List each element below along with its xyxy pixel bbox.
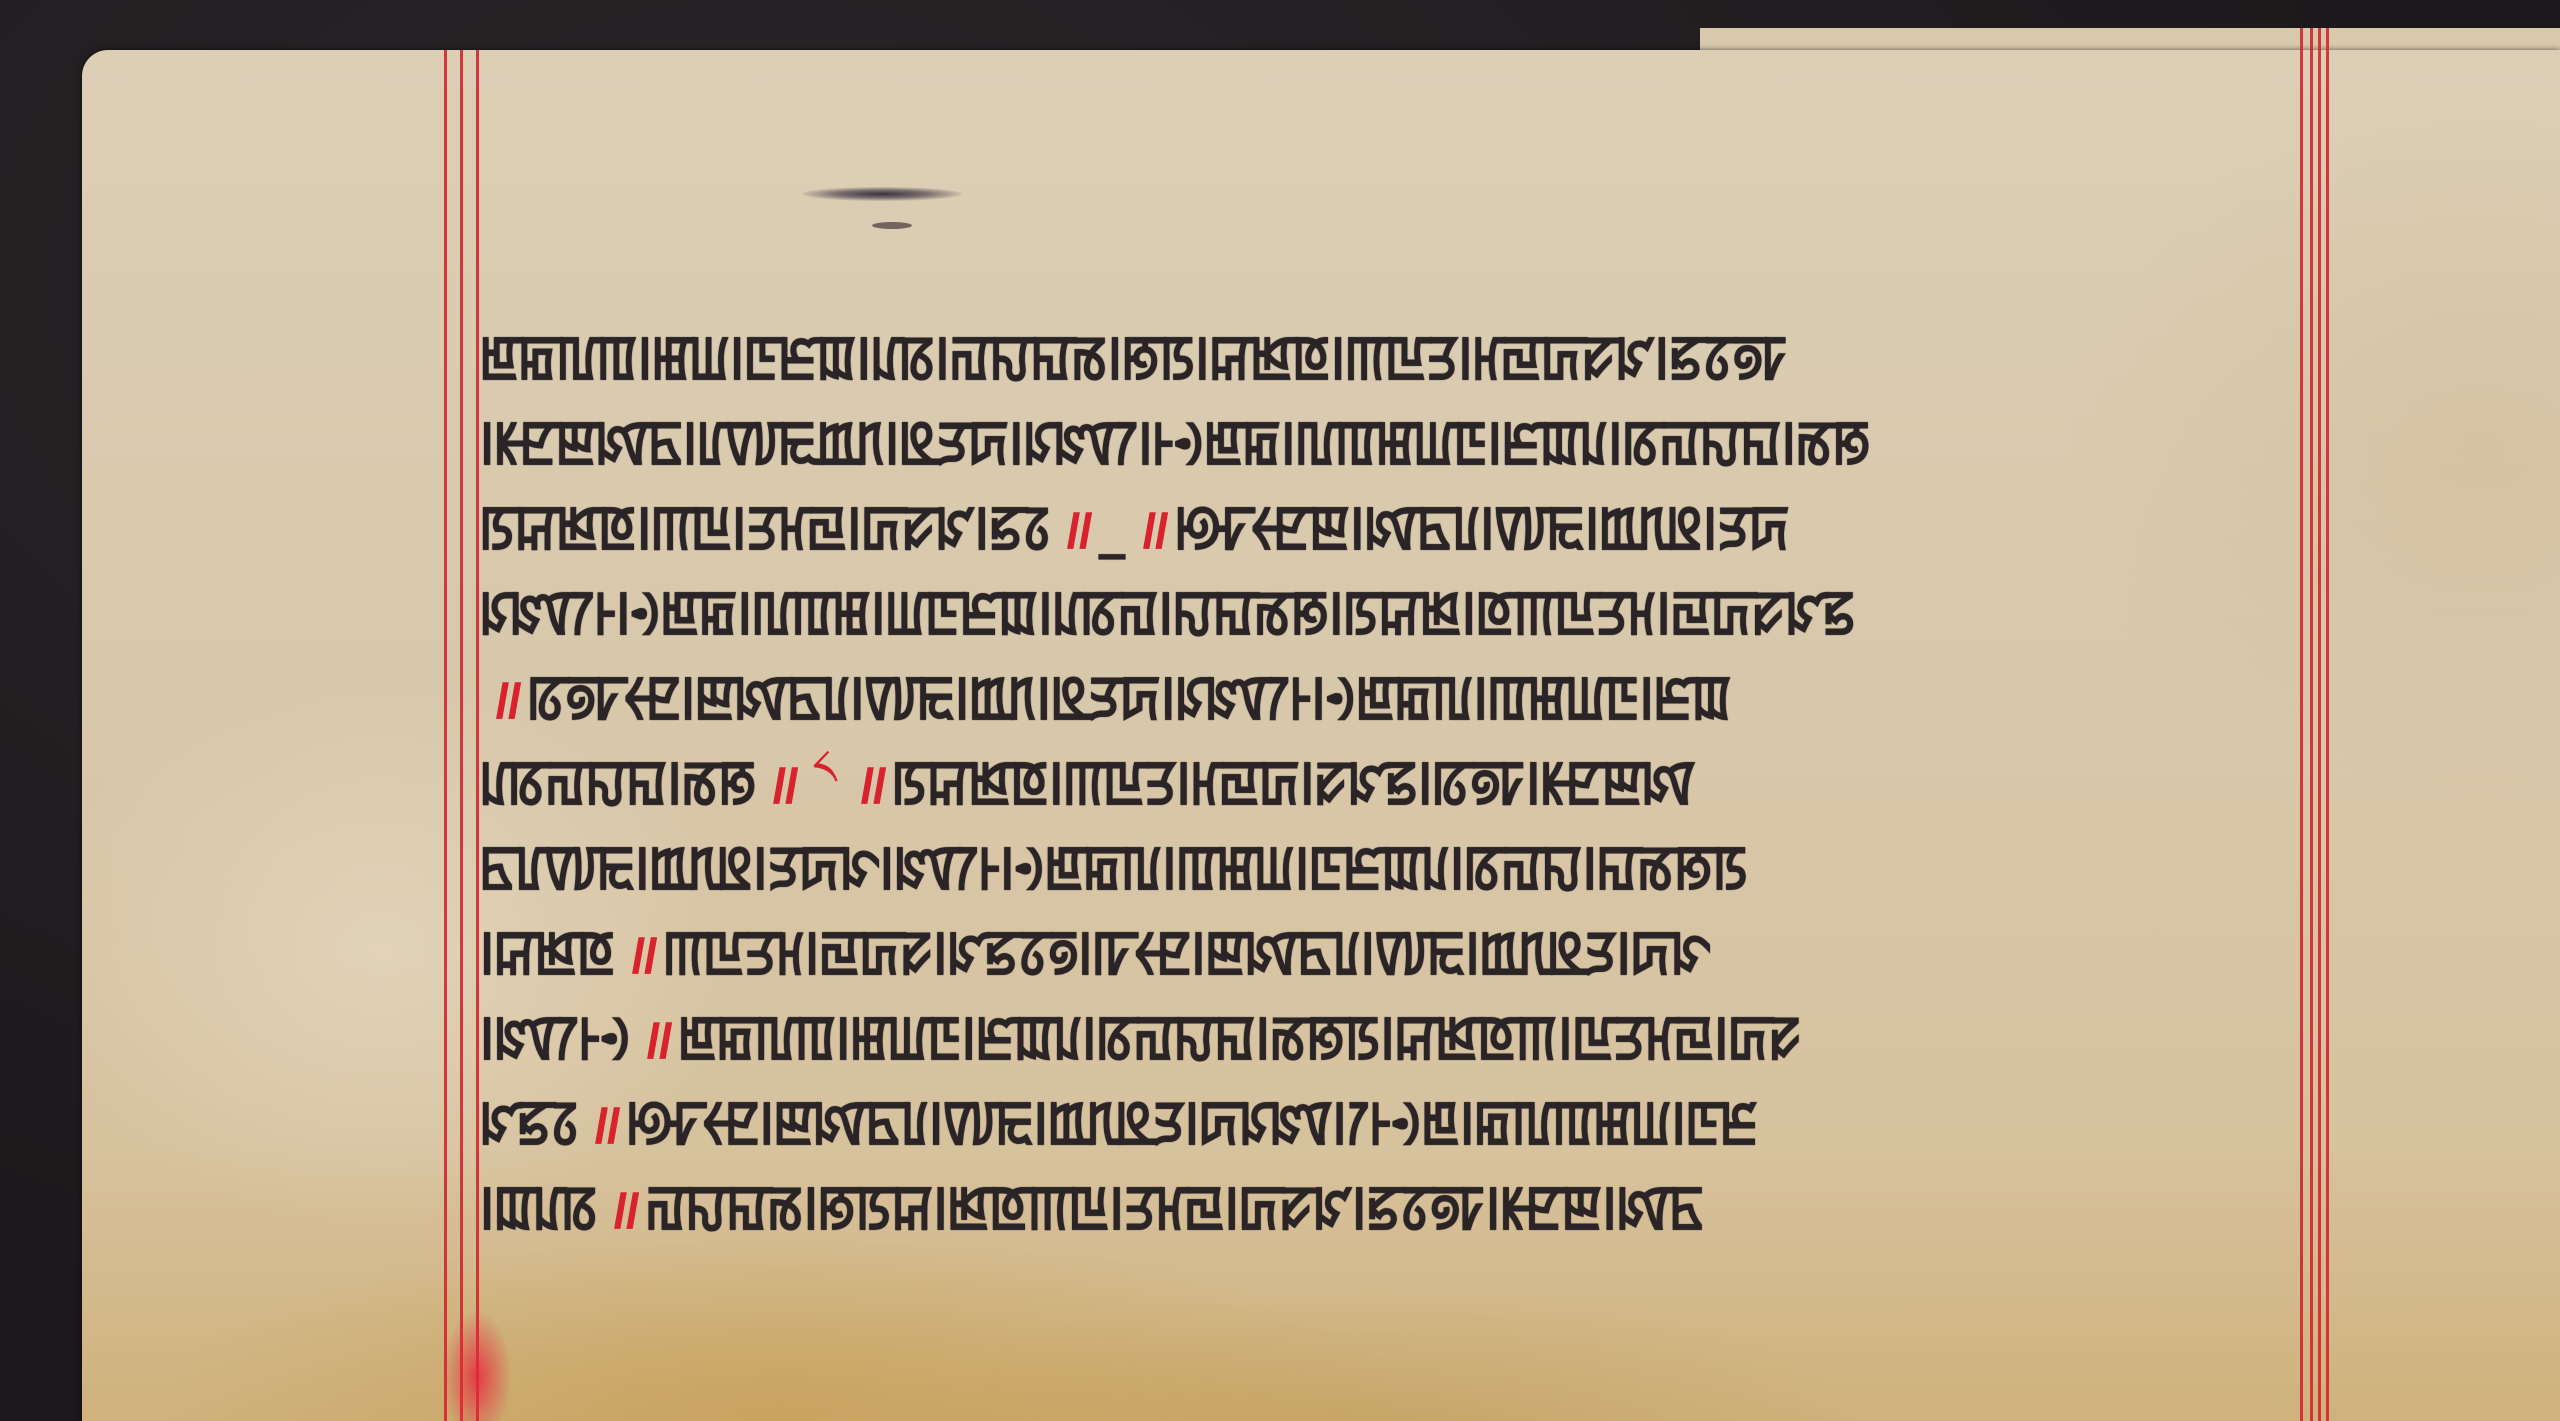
ink-text: ꡊꡋꡌꡍꡎ꡶ꡏꡐ [480,737,757,826]
text-line: ꡜꡝꡞ॥ꡟꡠꡡꡢ꡶ꡣꡤꡥꡦ꡶ꡧꡨꡩ꡶ꡪꡫꡬꡭ꡶ꡮꡯꡰ꡶ꡱꡲꡳꡁ꡶ꡂꡃꡄꡅꡆ꡶ꡇꡈ [480,1079,2380,1164]
red-double-danda: ॥ [634,999,675,1075]
red-double-danda: ॥ [760,744,801,820]
manuscript-folio: ꡁꡂꡃꡄ꡶ꡅꡆ꡶ꡇꡈꡉ꡶ꡊꡋ꡶ꡌꡍꡎꡏ꡶ꡐꡑ꡶ꡒꡓꡔ꡶ꡕꡖꡗ꡶ꡘꡙꡚꡛꡜ꡶ꡝꡞꡟ… [82,50,2560,1421]
ink-text: ꡌꡍꡎꡏ꡶ꡐꡑꡒ꡶ꡓꡔꡕꡖ꡶ꡗꡘꡙ꡶ꡚꡛꡜ꡶ꡝꡞꡟꡠ꡶ꡡꡢꡣ꡶ꡤꡥ [646,1162,1704,1251]
red-double-danda: ॥ [582,1084,623,1160]
ink-text: ꡁꡂꡃꡄ꡶ꡅꡆ꡶ꡇꡈꡉ꡶ꡊꡋ꡶ꡌꡍꡎꡏ꡶ꡐꡑ꡶ꡒꡓꡔ꡶ꡕꡖꡗ꡶ꡘꡙꡚꡛꡜ꡶ꡝꡞꡟ… [480,312,1789,401]
ink-text: ꡶ꡡꡢꡣꡤꡥ꡶ꡦꡧꡨꡩꡪꡫ꡶ꡬꡭꡮ꡶ꡯꡰꡱ꡶ꡲꡳꡁꡂ꡶ꡃꡄꡅꡆꡇ꡶ꡈꡉꡊ꡶ꡋꡌꡍ… [480,397,1871,486]
red-double-danda: ॥ [601,1169,642,1245]
text-line: ꡶ꡰꡱꡲꡳ॥ꡁꡂꡃꡄ꡶ꡅꡆꡇ꡶ꡈꡉꡊ꡶ꡋꡌꡍꡎ꡶ꡏꡐꡑ꡶ꡒꡓꡔꡕ꡶ꡖꡗꡘꡙ꡶ꡚꡛ [480,994,2380,1079]
red-ink-bleed [442,1310,512,1421]
ink-text: ꡜꡝꡞ [480,1077,579,1166]
ink-smudge [802,187,962,201]
text-line: ꡊꡋꡌꡍꡎ꡶ꡏꡐ॥༨॥ꡑꡒꡓꡔ꡶ꡕꡖꡗ꡶ꡘꡙꡚ꡶ꡛꡜꡝ꡶ꡞꡟꡠ꡶ꡡꡢꡣꡤ [480,739,2380,824]
ink-text: ꡥꡦꡧꡨꡩ꡶ꡪꡫꡬ꡶ꡭꡮꡯ꡶ꡰꡱꡲ꡶ꡳꡁꡂꡃ꡶ꡄꡅꡆ꡶ꡇꡈꡉꡊ꡶ꡋꡌꡍ꡶ꡎꡏꡐꡑ [480,822,1748,911]
text-line: ꡁꡂꡃꡄ꡶ꡅꡆ꡶ꡇꡈꡉ꡶ꡊꡋ꡶ꡌꡍꡎꡏ꡶ꡐꡑ꡶ꡒꡓꡔ꡶ꡕꡖꡗ꡶ꡘꡙꡚꡛꡜ꡶ꡝꡞꡟ… [480,314,2380,399]
red-double-danda: ॥ [1054,489,1095,565]
text-line: ꡶ꡉꡊꡋ॥ꡌꡍꡎꡏ꡶ꡐꡑꡒ꡶ꡓꡔꡕꡖ꡶ꡗꡘꡙ꡶ꡚꡛꡜ꡶ꡝꡞꡟꡠ꡶ꡡꡢꡣ꡶ꡤꡥ [480,1164,2380,1249]
ink-text: ꡯꡰꡱꡲ꡶ꡳꡁꡂ꡶ꡃꡄꡅ꡶ꡆꡇꡈꡉ꡶ꡊꡋꡌ꡶ꡍꡎꡏꡐ꡶ꡑꡒꡓ꡶ꡔꡕꡖꡗꡘ꡶ꡙꡚꡛ… [480,567,1856,656]
ink-text: ꡁꡂꡃꡄ꡶ꡅꡆꡇ꡶ꡈꡉꡊ꡶ꡋꡌꡍꡎ꡶ꡏꡐꡑ꡶ꡒꡓꡔꡕ꡶ꡖꡗꡘꡙ꡶ꡚꡛ [678,992,1801,1081]
text-line: ꡯꡰꡱꡲ꡶ꡳꡁꡂ꡶ꡃꡄꡅ꡶ꡆꡇꡈꡉ꡶ꡊꡋꡌ꡶ꡍꡎꡏꡐ꡶ꡑꡒꡓ꡶ꡔꡕꡖꡗꡘ꡶ꡙꡚꡛ… [480,569,2380,654]
ink-text: ꡞꡟꡠꡡꡢ꡶ꡣꡤꡥꡦ꡶ꡧꡨꡩ꡶ꡪꡫ꡶ꡬꡭꡮ꡶ꡯꡰꡱꡲ꡶ꡳꡁꡂꡃ꡶ꡄꡅꡆꡇ꡶ꡈꡉ [528,652,1732,741]
red-double-danda: ॥ [848,744,889,820]
ink-smudge [872,222,912,229]
ink-text: ꡶ꡰꡱꡲꡳ [480,992,631,1081]
ink-text: ꡑꡒꡓꡔ꡶ꡕꡖꡗ꡶ꡘꡙꡚ꡶ꡛꡜꡝ꡶ꡞꡟꡠ꡶ꡡꡢꡣꡤ [892,737,1696,826]
text-line: ꡥꡦꡧꡨꡩ꡶ꡪꡫꡬ꡶ꡭꡮꡯ꡶ꡰꡱꡲ꡶ꡳꡁꡂꡃ꡶ꡄꡅꡆ꡶ꡇꡈꡉꡊ꡶ꡋꡌꡍ꡶ꡎꡏꡐꡑ [480,824,2380,909]
text-line: ꡶ꡒꡓꡔ॥ꡕꡖꡗꡘ꡶ꡙꡚꡛ꡶ꡜꡝꡞꡟ꡶ꡠꡡꡢ꡶ꡣꡤꡥꡦ꡶ꡧꡨꡩ꡶ꡪꡫꡬꡭ꡶ꡮꡯ [480,909,2380,994]
text-line: ॥ꡞꡟꡠꡡꡢ꡶ꡣꡤꡥꡦ꡶ꡧꡨꡩ꡶ꡪꡫ꡶ꡬꡭꡮ꡶ꡯꡰꡱꡲ꡶ꡳꡁꡂꡃ꡶ꡄꡅꡆꡇ꡶ꡈꡉ [480,654,2380,739]
ink-text: ꡑꡒꡓꡔ꡶ꡕꡖ꡶ꡗꡘꡙ꡶ꡚꡛꡜ꡶ꡝꡞ [480,482,1051,571]
text-line: ꡑꡒꡓꡔ꡶ꡕꡖ꡶ꡗꡘꡙ꡶ꡚꡛꡜ꡶ꡝꡞ॥_॥ꡟꡠꡡꡢꡣ꡶ꡤꡥꡦ꡶ꡧꡨꡩ꡶ꡪꡫꡬ꡶ꡭ… [480,484,2380,569]
red-double-danda: ॥ [483,659,524,735]
red-double-danda: ॥ [1131,489,1172,565]
manuscript-text: ꡁꡂꡃꡄ꡶ꡅꡆ꡶ꡇꡈꡉ꡶ꡊꡋ꡶ꡌꡍꡎꡏ꡶ꡐꡑ꡶ꡒꡓꡔ꡶ꡕꡖꡗ꡶ꡘꡙꡚꡛꡜ꡶ꡝꡞꡟ… [480,314,2380,1249]
ink-text: ꡕꡖꡗꡘ꡶ꡙꡚꡛ꡶ꡜꡝꡞꡟ꡶ꡠꡡꡢ꡶ꡣꡤꡥꡦ꡶ꡧꡨꡩ꡶ꡪꡫꡬꡭ꡶ꡮꡯ [663,907,1711,996]
ink-text: ꡟꡠꡡꡢꡣ꡶ꡤꡥꡦ꡶ꡧꡨꡩ꡶ꡪꡫꡬ꡶ꡭꡮ [1175,482,1790,571]
ink-text: ꡶ꡒꡓꡔ [480,907,616,996]
ink-text: ꡶ꡉꡊꡋ [480,1162,598,1251]
ink-text: ꡟꡠꡡꡢ꡶ꡣꡤꡥꡦ꡶ꡧꡨꡩ꡶ꡪꡫꡬꡭ꡶ꡮꡯꡰ꡶ꡱꡲꡳꡁ꡶ꡂꡃꡄꡅꡆ꡶ꡇꡈ [626,1077,1758,1166]
text-line: ꡶ꡡꡢꡣꡤꡥ꡶ꡦꡧꡨꡩꡪꡫ꡶ꡬꡭꡮ꡶ꡯꡰꡱ꡶ꡲꡳꡁꡂ꡶ꡃꡄꡅꡆꡇ꡶ꡈꡉꡊ꡶ꡋꡌꡍ… [480,399,2380,484]
ink-text: _ [1098,482,1127,571]
red-double-danda: ॥ [619,914,660,990]
